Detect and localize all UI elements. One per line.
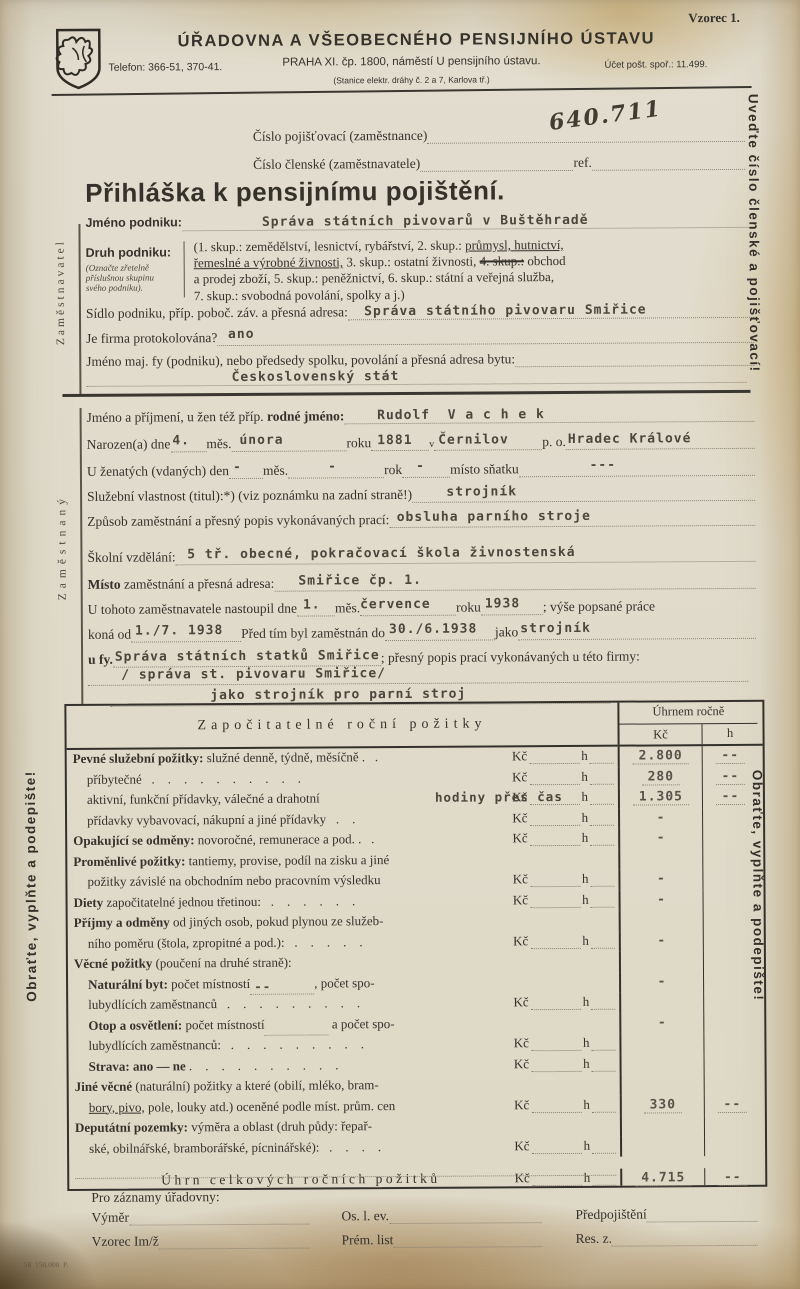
vzorec-imz-field <box>159 1233 310 1250</box>
employee-name-label: Jméno a příjmení, u žen též příp. <box>87 409 267 426</box>
employer-bracket-rule <box>78 224 81 396</box>
coat-of-arms-icon <box>54 28 102 90</box>
groups-text-struck: 4. skup.: <box>480 253 525 268</box>
birth-year-field: 1881 <box>371 435 429 451</box>
education-value: 5 tř. obecné, pokračovací škola živnoste… <box>187 545 575 562</box>
work-description-value: obsluha parního stroje <box>397 509 591 525</box>
earnings-header-title: Započitatelné roční požitky <box>66 703 617 748</box>
scanned-form-page: Vzorec 1. ÚŘADOVNA A VŠEOBECNÉHO PENSIJN… <box>0 0 800 1289</box>
workplace-label-bold: Místo <box>88 577 121 593</box>
institution-title: ÚŘADOVNA A VŠEOBECNÉHO PENSIJNÍHO ÚSTAVU <box>126 29 706 52</box>
start-label-year: roku <box>456 600 481 616</box>
previous-until-value: 30./6.1938 <box>389 622 477 638</box>
predpojisteni-label: Předpojištění <box>575 1207 646 1223</box>
prem-list-label: Prém. list <box>342 1232 394 1248</box>
previous-until-field: 30./6.1938 <box>385 624 495 641</box>
marriage-place-field: --- <box>519 460 755 477</box>
employee-bracket-rule <box>80 408 83 704</box>
start-label-month: měs. <box>335 600 360 616</box>
groups-text-1a: (1. skup.: zemědělství, lesnictví, rybář… <box>194 238 466 255</box>
column-kc-label: Kč <box>620 727 702 743</box>
groups-text-4: 7. skup.: svobodná povolání, spolky a j.… <box>194 287 405 303</box>
marriage-month-field: - <box>288 462 384 479</box>
owner-value: Československý stát <box>232 369 400 385</box>
birth-month-field: února <box>231 435 346 452</box>
birth-day-field: 4. <box>170 436 206 452</box>
total-yearly-label: Úhrnem ročně <box>619 702 757 725</box>
since-value: 1./7. 1938 <box>135 623 223 639</box>
registered-label: Je firma protokolována? <box>86 330 217 347</box>
as-value: strojník <box>520 621 591 636</box>
service-title-value: strojník <box>446 484 517 499</box>
start-label-day: U tohoto zaměstnavatele nastoupil dne <box>88 601 297 618</box>
registered-value: ano <box>228 327 255 342</box>
firm-work-value: jako strojník pro parní stroj <box>210 687 466 704</box>
margin-note-right-top: Uveďte číslo členské a pojišťovací! <box>746 94 763 373</box>
workplace-line: Místo zaměstnání a přesná adresa: Smiřic… <box>88 573 756 593</box>
company-name-field: Správa státních pivovarů v Buštěhradě <box>182 212 754 231</box>
since-field: 1./7. 1938 <box>131 626 241 643</box>
vzorec-imz-label: Vzorec Im/ž <box>92 1233 159 1249</box>
marriage-label-day: U ženatých (vdaných) den <box>87 463 229 480</box>
as-field: strojník <box>518 623 756 640</box>
member-number-line: Číslo členské (zaměstnavatele) ref. <box>253 154 745 173</box>
workplace-value: Smiřice čp. 1. <box>298 573 422 589</box>
education-label: Školní vzdělání: <box>87 549 175 566</box>
sum-label: Úhrn celkových ročních požitků <box>75 1171 440 1189</box>
res-z-label: Res. z. <box>576 1231 612 1247</box>
birth-po-field: Hradec Králové <box>566 433 755 450</box>
insurance-number-label: Číslo pojišťovací (zaměstnance) <box>253 128 428 145</box>
telefon-line: Telefon: 366-51, 370-41. <box>108 61 222 74</box>
registered-line: Je firma protokolována? ano <box>86 327 754 347</box>
birth-po-value: Hradec Králové <box>568 431 692 447</box>
company-type-groups: (1. skup.: zemědělství, lesnictví, rybář… <box>194 236 756 304</box>
res-z-field <box>612 1230 758 1247</box>
service-title-line: Služební vlastnost (titul):*) (viz pozná… <box>87 485 755 505</box>
earnings-table-header: Započitatelné roční požitky Úhrnem ročně… <box>66 702 762 750</box>
table-row: ské, obilnářské, bramborářské, pícninářs… <box>69 1135 765 1160</box>
birth-line: Narozen(a) dne 4. měs. února roku 1881 v… <box>87 433 755 453</box>
work-since-line: koná od 1./7. 1938 Před tím byl zaměstná… <box>88 623 756 643</box>
company-name-label: Jméno podniku: <box>85 215 182 230</box>
marriage-day-value: - <box>233 460 242 475</box>
marriage-month-value: - <box>328 459 337 474</box>
company-seat-value: Správa státního pivovaru Smiřice <box>364 302 647 319</box>
firm-label-tail: ; přesný popis prací vykonávaných u této… <box>381 649 640 667</box>
marriage-line: U ženatých (vdaných) den - měs. - rok - … <box>87 460 755 480</box>
predpojisteni-field <box>647 1206 758 1223</box>
start-date-line: U tohoto zaměstnavatele nastoupil dne 1.… <box>88 598 756 618</box>
registered-field: ano <box>217 327 754 346</box>
employee-section-label: Zaměstnaný <box>56 494 69 600</box>
as-label: jako <box>495 624 518 640</box>
groups-text-3: a prodej zboží, 5. skup.: peněžnictví, 6… <box>194 269 554 286</box>
start-month-value: července <box>360 597 431 612</box>
company-name-value: Správa státních pivovarů v Buštěhradě <box>262 213 589 230</box>
member-number-label: Číslo členské (zaměstnavatele) <box>253 156 420 173</box>
start-year-value: 1938 <box>485 596 520 611</box>
birth-place-value: Černilov <box>438 432 509 447</box>
education-field: 5 tř. obecné, pokračovací škola živnoste… <box>176 546 756 566</box>
owner-label: Jméno maj. fy (podniku), nebo předsedy s… <box>86 351 515 370</box>
member-number-field <box>420 155 573 172</box>
owner-field-2: Československý stát <box>86 367 746 387</box>
sum-h-value: -- <box>718 1170 748 1186</box>
employee-name-field: Rudolf V a c h e k <box>344 406 754 425</box>
groups-text-1b-underlined: průmysl, hutnictví, <box>465 237 564 253</box>
insurance-number-line: Číslo pojišťovací (zaměstnance) <box>253 126 745 145</box>
firm-field: Správa státních statků Smiřice <box>113 650 381 668</box>
os-l-ev-label: Os. l. ev. <box>341 1208 389 1224</box>
os-l-ev-line: Os. l. ev. <box>341 1207 541 1224</box>
prem-list-line: Prém. list <box>342 1231 542 1248</box>
earnings-table: Započitatelné roční požitky Úhrnem ročně… <box>64 700 767 1191</box>
marriage-year-field: - <box>402 462 450 478</box>
birth-day-value: 4. <box>172 433 190 448</box>
earnings-header-total: Úhrnem ročně Kč h <box>617 702 757 745</box>
start-label-tail: ; výše popsané práce <box>543 598 655 615</box>
table-sum-row: Úhrn celkových ročních požitků Kč h 4.71… <box>69 1156 765 1189</box>
employer-section-label: Zaměstnavatel <box>55 239 68 345</box>
company-name-line: Jméno podniku: Správa státních pivovarů … <box>85 212 753 232</box>
vymer-field <box>129 1209 310 1226</box>
sum-h-suffix: h <box>582 1170 593 1186</box>
workplace-field: Smiřice čp. 1. <box>274 573 755 592</box>
workplace-label: zaměstnání a přesná adresa: <box>121 576 275 593</box>
start-day-value: 1. <box>303 597 321 612</box>
office-records-title: Pro záznamy úřadovny: <box>91 1189 219 1206</box>
form-title: Přihláška k pensijnímu pojištění. <box>85 175 585 209</box>
groups-text-2-underlined: řemeslné a výrobné živnosti, <box>194 255 344 271</box>
address-line: PRAHA XI. čp. 1800, náměstí U pensijního… <box>246 55 576 69</box>
birth-label-day: Narozen(a) dne <box>87 436 171 453</box>
previous-until-label: Před tím byl zaměstnán do <box>241 625 385 642</box>
sum-kc-value: 4.715 <box>635 1170 691 1186</box>
employee-name-line: Jméno a příjmení, u žen též příp. rodné … <box>87 406 755 426</box>
company-seat-field: Správa státního pivovaru Smiřice <box>348 302 754 320</box>
res-z-line: Res. z. <box>576 1230 758 1247</box>
marriage-year-value: - <box>416 459 425 474</box>
birth-month-value: února <box>239 433 283 448</box>
column-h-label: h <box>701 724 757 744</box>
ref-field <box>592 154 745 171</box>
owner-field-1 <box>515 350 754 367</box>
company-type-note-1: (Označte zřetelně <box>86 263 149 273</box>
marriage-day-field: - <box>229 463 263 479</box>
birth-place-field: Černilov <box>434 434 542 451</box>
employee-name-value: Rudolf V a c h e k <box>377 407 545 423</box>
work-description-line: Způsob zaměstnání a přesný popis vykonáv… <box>87 510 755 530</box>
start-year-field: 1938 <box>481 599 543 615</box>
education-line: Školní vzdělání: 5 tř. obecné, pokračova… <box>87 546 755 566</box>
postal-account-line: Účet pošt. spoř.: 11.499. <box>604 59 707 71</box>
tram-station-note: (Stanice elektr. dráhy č. 2 a 7, Karlova… <box>247 74 577 86</box>
header-rule <box>52 86 752 96</box>
print-run-code: 58 150.000 P. <box>24 1260 69 1269</box>
marriage-label-month: měs. <box>263 463 288 479</box>
marriage-label-place: místo sňatku <box>450 461 519 477</box>
company-type-label: Druh podniku: <box>86 245 171 260</box>
os-l-ev-field <box>389 1207 542 1224</box>
margin-note-right-bottom: Obraťte, vyplňte a podepište! <box>750 770 766 1002</box>
previous-firm-line-2: / správa st. pivovaru Smiřice/ <box>88 666 748 686</box>
typed-overlay: hodiny přes čas <box>435 789 563 805</box>
margin-note-left: Obraťte, vyplňte a podepište! <box>23 770 39 1002</box>
sum-kc-suffix: Kč <box>513 1170 532 1186</box>
employee-name-label-bold: rodné jméno: <box>267 408 344 424</box>
company-seat-label: Sídlo podniku, příp. poboč. záv. a přesn… <box>86 304 348 322</box>
section-divider <box>62 390 750 397</box>
ref-label: ref. <box>573 155 591 171</box>
work-description-field: obsluha parního stroje <box>389 510 755 528</box>
vymer-line: Výměr <box>91 1209 309 1226</box>
vymer-label: Výměr <box>91 1210 129 1226</box>
birth-label-po: p. o. <box>542 434 566 450</box>
start-month-field: července <box>360 600 456 617</box>
firm-value-2: / správa st. pivovaru Smiřice/ <box>121 666 386 683</box>
marriage-place-value: --- <box>590 458 617 473</box>
predpojisteni-line: Předpojištění <box>575 1206 757 1223</box>
company-seat-line: Sídlo podniku, příp. poboč. záv. a přesn… <box>86 302 754 322</box>
firm-value: Správa státních statků Smiřice <box>115 648 380 665</box>
vzorec-imz-line: Vzorec Im/ž <box>92 1233 310 1250</box>
start-day-field: 1. <box>297 600 335 616</box>
groups-text-2a: 3. skup.: ostatní živnosti, <box>343 254 480 270</box>
prem-list-field <box>393 1231 541 1248</box>
birth-label-year: roku <box>346 435 371 451</box>
birth-label-month: měs. <box>206 436 231 452</box>
marriage-label-year: rok <box>384 462 402 478</box>
previous-firm-line: u fy. Správa státních statků Smiřice ; p… <box>88 648 756 668</box>
birth-year-value: 1881 <box>377 433 412 448</box>
firm-field-2: / správa st. pivovaru Smiřice/ <box>88 666 748 686</box>
service-title-field: strojník <box>412 485 755 503</box>
since-label: koná od <box>88 627 131 643</box>
groups-text-2b: obchod <box>524 253 566 268</box>
form-variant-label: Vzorec 1. <box>688 10 740 26</box>
company-type-note-2: příslušnou skupinu <box>86 272 154 282</box>
owner-value-line: Československý stát <box>86 367 746 387</box>
company-type-note-3: svého podniku). <box>86 283 143 293</box>
work-description-label: Způsob zaměstnání a přesný popis vykonáv… <box>87 512 389 530</box>
firm-label: u fy. <box>88 652 113 668</box>
service-title-label: Služební vlastnost (titul):*) (viz pozná… <box>87 487 412 505</box>
table-body: Pevné služební požitky: služné denně, tý… <box>67 746 765 1160</box>
